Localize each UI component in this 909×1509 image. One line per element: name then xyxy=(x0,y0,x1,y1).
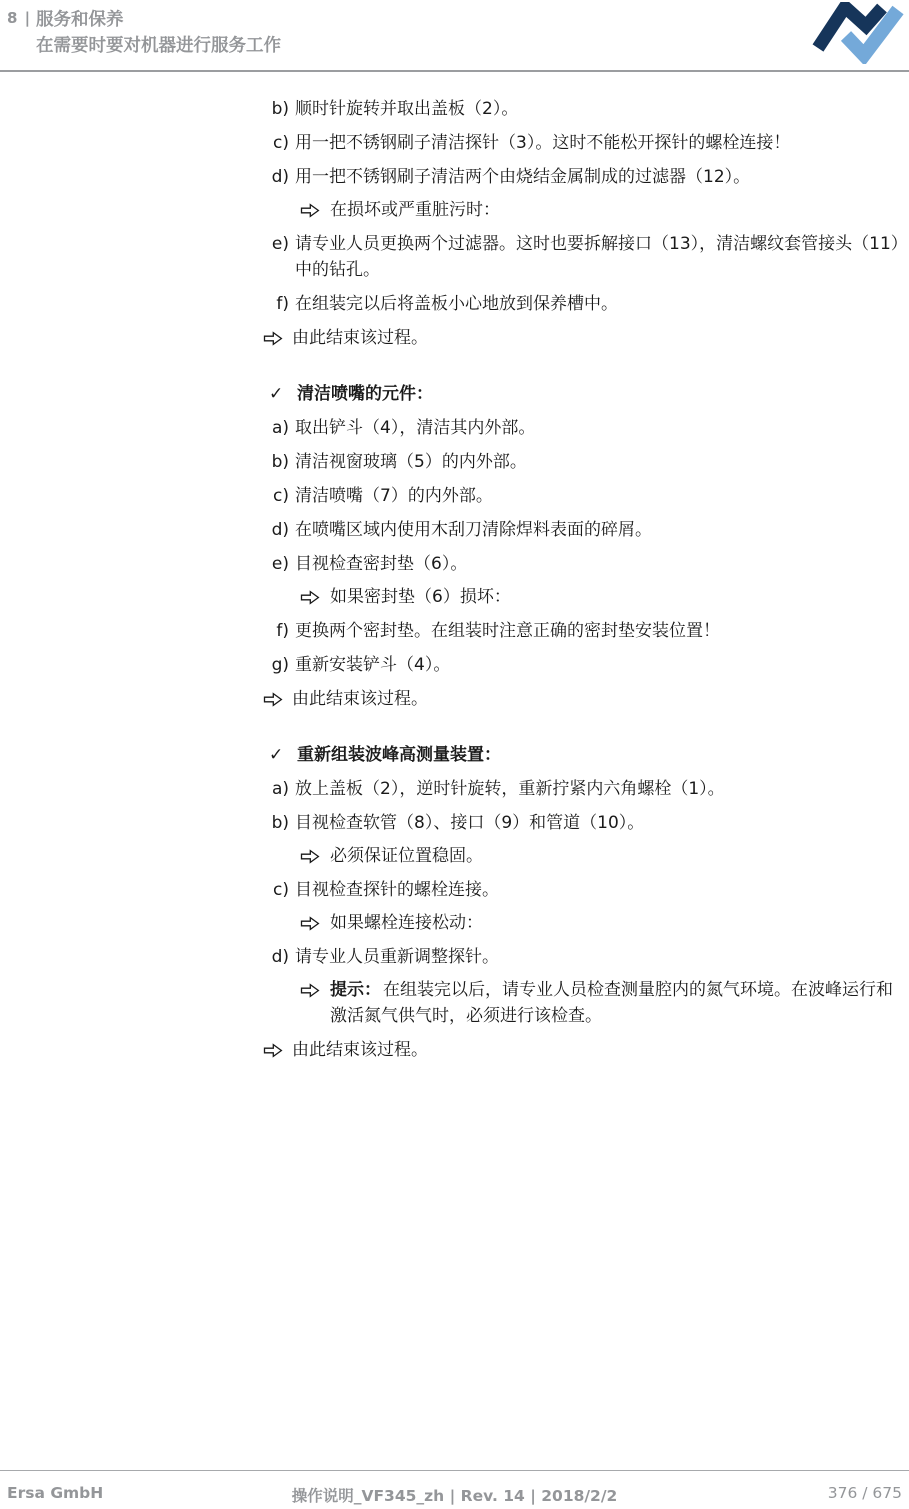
substep-note: 如果螺栓连接松动： xyxy=(263,910,907,936)
check-icon: ✓ xyxy=(269,742,289,768)
step-label: c) xyxy=(263,130,289,156)
note-body: 如果密封垫（6）损坏： xyxy=(330,587,511,607)
step-text: 顺时针旋转并取出盖板（2）。 xyxy=(295,96,907,122)
note-body: 必须保证位置稳固。 xyxy=(330,846,483,866)
step-text: 在组装完以后将盖板小心地放到保养槽中。 xyxy=(295,291,907,317)
substep-note: 在损坏或严重脏污时： xyxy=(263,197,907,223)
substep-text: 如果螺栓连接松动： xyxy=(330,910,907,936)
step-label: b) xyxy=(263,96,289,122)
header-titles: 服务和保养 在需要时要对机器进行服务工作 xyxy=(36,7,281,59)
step-label: d) xyxy=(263,944,289,970)
step-label: f) xyxy=(263,618,289,644)
note-body: 在组装完以后，请专业人员检查测量腔内的氮气环境。在波峰运行和激活氮气供气时，必须… xyxy=(330,980,893,1026)
step-item: c) 目视检查探针的螺栓连接。 xyxy=(263,877,907,903)
step-item: a) 取出铲斗（4），清洁其内外部。 xyxy=(263,415,907,441)
substep-text: 在损坏或严重脏污时： xyxy=(330,197,907,223)
substep-note: 提示：在组装完以后，请专业人员检查测量腔内的氮气环境。在波峰运行和激活氮气供气时… xyxy=(263,977,907,1029)
step-label: b) xyxy=(263,449,289,475)
manual-page: 8 | 服务和保养 在需要时要对机器进行服务工作 b) 顺时针旋转并取出盖板（2… xyxy=(0,0,909,1509)
result-note: 由此结束该过程。 xyxy=(263,686,907,712)
step-item: b) 目视检查软管（8）、接口（9）和管道（10）。 xyxy=(263,810,907,836)
step-label: c) xyxy=(263,877,289,903)
arrow-right-icon xyxy=(300,910,324,931)
chapter-number: 8 | xyxy=(7,9,31,27)
step-item: e) 目视检查密封垫（6）。 xyxy=(263,551,907,577)
section-heading: ✓ 重新组装波峰高测量装置： xyxy=(263,742,907,768)
ersa-logo-icon xyxy=(810,2,906,64)
result-text: 由此结束该过程。 xyxy=(292,325,907,351)
footer-document-info: 操作说明_VF345_zh | Rev. 14 | 2018/2/2 xyxy=(0,1484,909,1506)
section-heading: ✓ 清洁喷嘴的元件： xyxy=(263,381,907,407)
step-text: 请专业人员重新调整探针。 xyxy=(295,944,907,970)
page-footer: Ersa GmbH 操作说明_VF345_zh | Rev. 14 | 2018… xyxy=(0,1470,909,1509)
step-item: b) 顺时针旋转并取出盖板（2）。 xyxy=(263,96,907,122)
section-text: 清洁喷嘴的元件： xyxy=(297,381,907,407)
step-text: 清洁视窗玻璃（5）的内外部。 xyxy=(295,449,907,475)
step-text: 用一把不锈钢刷子清洁探针（3）。这时不能松开探针的螺栓连接！ xyxy=(295,130,907,156)
step-item: f) 在组装完以后将盖板小心地放到保养槽中。 xyxy=(263,291,907,317)
step-item: c) 清洁喷嘴（7）的内外部。 xyxy=(263,483,907,509)
substep-note: 必须保证位置稳固。 xyxy=(263,843,907,869)
result-text: 由此结束该过程。 xyxy=(292,686,907,712)
step-label: d) xyxy=(263,517,289,543)
arrow-right-icon xyxy=(300,584,324,605)
result-note: 由此结束该过程。 xyxy=(263,325,907,351)
step-item: g) 重新安装铲斗（4）。 xyxy=(263,652,907,678)
substep-text: 如果密封垫（6）损坏： xyxy=(330,584,907,610)
note-body: 在损坏或严重脏污时： xyxy=(330,200,500,220)
content-blocks: b) 顺时针旋转并取出盖板（2）。 c) 用一把不锈钢刷子清洁探针（3）。这时不… xyxy=(263,96,907,1063)
step-label: e) xyxy=(263,231,289,257)
substep-text: 提示：在组装完以后，请专业人员检查测量腔内的氮气环境。在波峰运行和激活氮气供气时… xyxy=(330,977,907,1029)
step-item: d) 在喷嘴区域内使用木刮刀清除焊料表面的碎屑。 xyxy=(263,517,907,543)
arrow-right-icon xyxy=(263,325,289,346)
step-item: e) 请专业人员更换两个过滤器。这时也要拆解接口（13），清洁螺纹套管接头（11… xyxy=(263,231,907,283)
step-label: b) xyxy=(263,810,289,836)
result-text: 由此结束该过程。 xyxy=(292,1037,907,1063)
step-text: 清洁喷嘴（7）的内外部。 xyxy=(295,483,907,509)
substep-note: 如果密封垫（6）损坏： xyxy=(263,584,907,610)
section-title: 在需要时要对机器进行服务工作 xyxy=(36,33,281,59)
substep-text: 必须保证位置稳固。 xyxy=(330,843,907,869)
page-header: 8 | 服务和保养 在需要时要对机器进行服务工作 xyxy=(0,0,909,72)
step-text: 更换两个密封垫。在组装时注意正确的密封垫安装位置！ xyxy=(295,618,907,644)
step-item: d) 请专业人员重新调整探针。 xyxy=(263,944,907,970)
step-text: 重新安装铲斗（4）。 xyxy=(295,652,907,678)
step-text: 目视检查软管（8）、接口（9）和管道（10）。 xyxy=(295,810,907,836)
arrow-right-icon xyxy=(300,843,324,864)
step-label: c) xyxy=(263,483,289,509)
step-text: 目视检查密封垫（6）。 xyxy=(295,551,907,577)
footer-page-indicator: 376 / 675 xyxy=(828,1484,902,1502)
note-prefix: 提示： xyxy=(330,980,381,1000)
step-label: e) xyxy=(263,551,289,577)
step-text: 请专业人员更换两个过滤器。这时也要拆解接口（13），清洁螺纹套管接头（11）中的… xyxy=(295,231,907,283)
arrow-right-icon xyxy=(300,197,324,218)
step-label: f) xyxy=(263,291,289,317)
step-label: d) xyxy=(263,164,289,190)
step-text: 在喷嘴区域内使用木刮刀清除焊料表面的碎屑。 xyxy=(295,517,907,543)
step-text: 取出铲斗（4），清洁其内外部。 xyxy=(295,415,907,441)
arrow-right-icon xyxy=(263,1037,289,1058)
step-item: b) 清洁视窗玻璃（5）的内外部。 xyxy=(263,449,907,475)
step-label: a) xyxy=(263,776,289,802)
section-text: 重新组装波峰高测量装置： xyxy=(297,742,907,768)
footer-inner: Ersa GmbH 操作说明_VF345_zh | Rev. 14 | 2018… xyxy=(0,1484,909,1509)
step-item: d) 用一把不锈钢刷子清洁两个由烧结金属制成的过滤器（12）。 xyxy=(263,164,907,190)
chapter-title: 服务和保养 xyxy=(36,7,281,33)
footer-divider xyxy=(0,1470,909,1471)
step-item: f) 更换两个密封垫。在组装时注意正确的密封垫安装位置！ xyxy=(263,618,907,644)
step-label: g) xyxy=(263,652,289,678)
step-text: 目视检查探针的螺栓连接。 xyxy=(295,877,907,903)
step-text: 放上盖板（2），逆时针旋转，重新拧紧内六角螺栓（1）。 xyxy=(295,776,907,802)
step-item: c) 用一把不锈钢刷子清洁探针（3）。这时不能松开探针的螺栓连接！ xyxy=(263,130,907,156)
arrow-right-icon xyxy=(263,686,289,707)
step-text: 用一把不锈钢刷子清洁两个由烧结金属制成的过滤器（12）。 xyxy=(295,164,907,190)
note-body: 如果螺栓连接松动： xyxy=(330,913,483,933)
step-label: a) xyxy=(263,415,289,441)
content-area: b) 顺时针旋转并取出盖板（2）。 c) 用一把不锈钢刷子清洁探针（3）。这时不… xyxy=(263,72,907,1063)
step-item: a) 放上盖板（2），逆时针旋转，重新拧紧内六角螺栓（1）。 xyxy=(263,776,907,802)
result-note: 由此结束该过程。 xyxy=(263,1037,907,1063)
check-icon: ✓ xyxy=(269,381,289,407)
arrow-right-icon xyxy=(300,977,324,998)
